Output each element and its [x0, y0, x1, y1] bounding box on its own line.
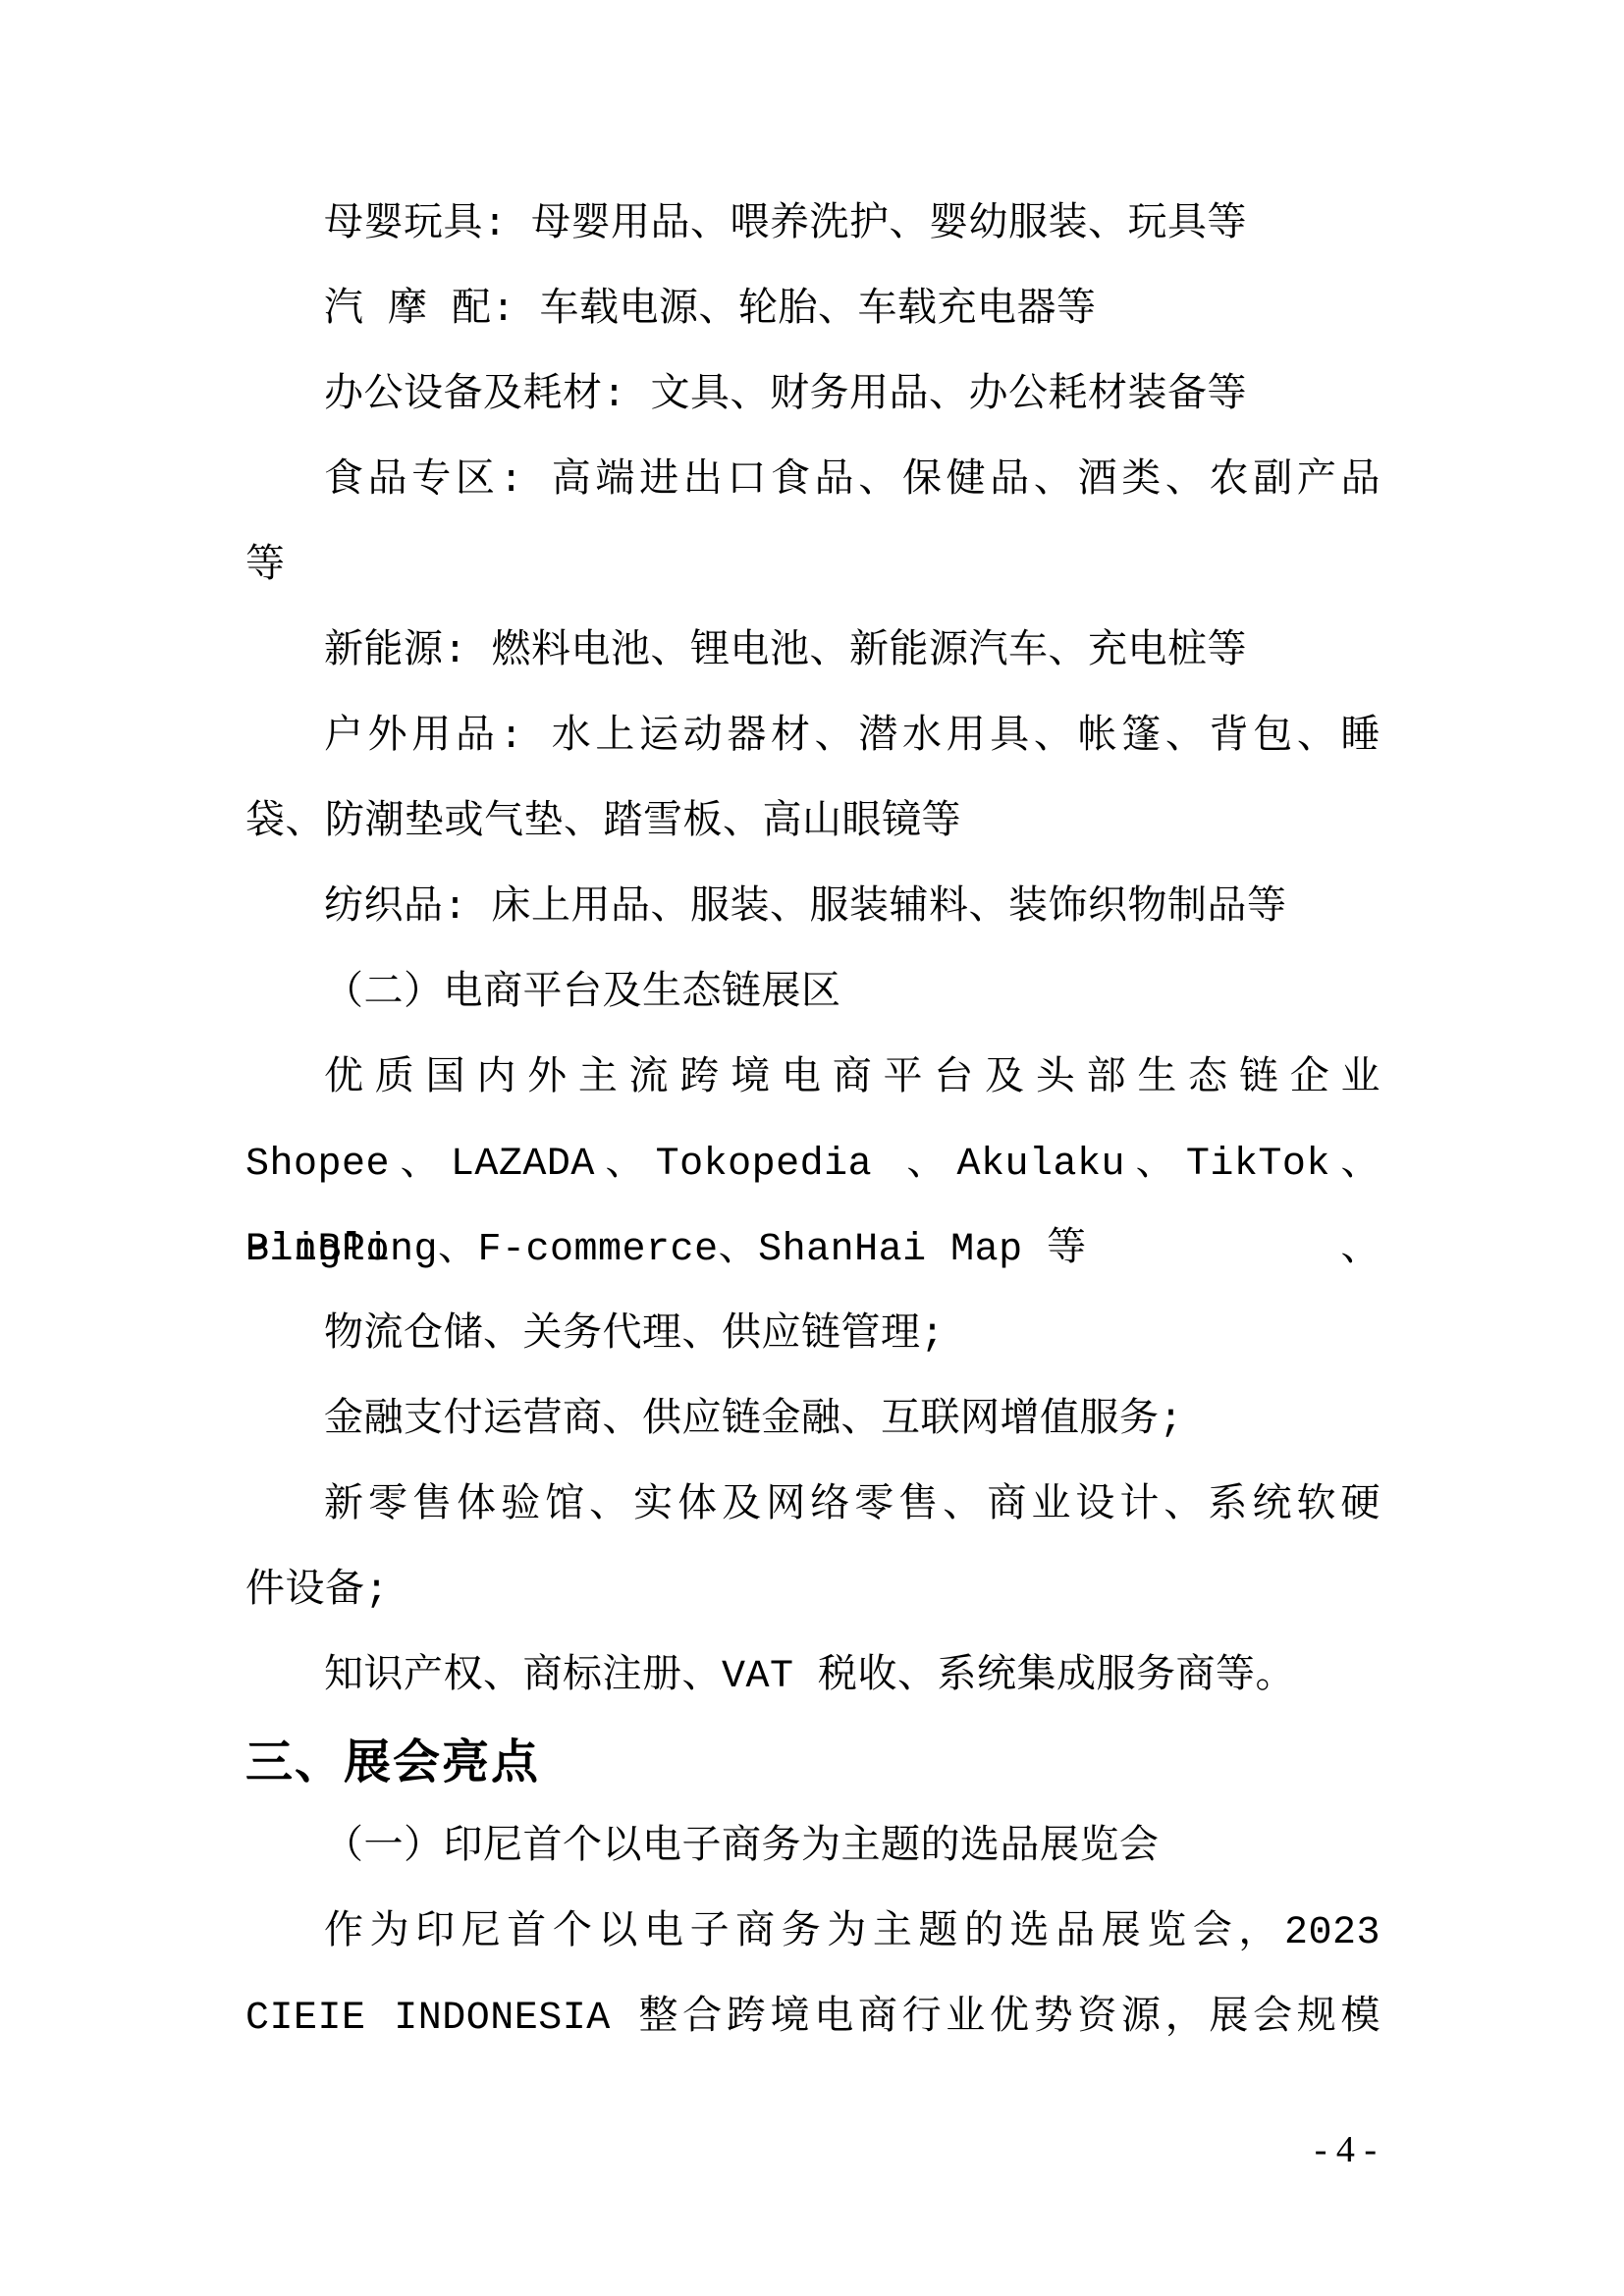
- text-line: Shopee、LAZADA、Tokopedia 、Akulaku、TikTok、…: [245, 1122, 1380, 1207]
- page-number: - 4 -: [1315, 2128, 1377, 2171]
- document-page: 母婴玩具: 母婴用品、喂养洗护、婴幼服装、玩具等汽 摩 配: 车载电源、轮胎、车…: [0, 0, 1624, 2296]
- text-line: 知识产权、商标注册、VAT 税收、系统集成服务商等。: [245, 1634, 1380, 1720]
- section-heading: 三、展会亮点: [245, 1720, 1380, 1805]
- text-line: （二）电商平台及生态链展区: [245, 951, 1380, 1037]
- text-line: 办公设备及耗材: 文具、财务用品、办公耗材装备等: [245, 353, 1380, 439]
- text-line: 件设备;: [245, 1549, 1380, 1634]
- text-line: 汽 摩 配: 车载电源、轮胎、车载充电器等: [245, 268, 1380, 353]
- text-line: 金融支付运营商、供应链金融、互联网增值服务;: [245, 1378, 1380, 1464]
- text-line: 新能源: 燃料电池、锂电池、新能源汽车、充电桩等: [245, 610, 1380, 695]
- text-line: 户外用品: 水上运动器材、潜水用具、帐篷、背包、睡: [245, 695, 1380, 780]
- text-line: CIEIE INDONESIA 整合跨境电商行业优势资源，展会规模: [245, 1976, 1380, 2061]
- text-line: 纺织品: 床上用品、服装、服装辅料、装饰织物制品等: [245, 866, 1380, 951]
- text-line: 新零售体验馆、实体及网络零售、商业设计、系统软硬: [245, 1464, 1380, 1549]
- document-body: 母婴玩具: 母婴用品、喂养洗护、婴幼服装、玩具等汽 摩 配: 车载电源、轮胎、车…: [245, 183, 1380, 2061]
- text-line: 物流仓储、关务代理、供应链管理;: [245, 1293, 1380, 1378]
- text-line: 母婴玩具: 母婴用品、喂养洗护、婴幼服装、玩具等: [245, 183, 1380, 268]
- text-line: 等: [245, 524, 1380, 610]
- text-line: 作为印尼首个以电子商务为主题的选品展览会，2023: [245, 1891, 1380, 1976]
- text-line: （一）印尼首个以电子商务为主题的选品展览会: [245, 1805, 1380, 1891]
- text-line: 食品专区: 高端进出口食品、保健品、酒类、农副产品: [245, 439, 1380, 524]
- text-line: 袋、防潮垫或气垫、踏雪板、高山眼镜等: [245, 780, 1380, 866]
- text-line: 优质国内外主流跨境电商平台及头部生态链企业: [245, 1037, 1380, 1122]
